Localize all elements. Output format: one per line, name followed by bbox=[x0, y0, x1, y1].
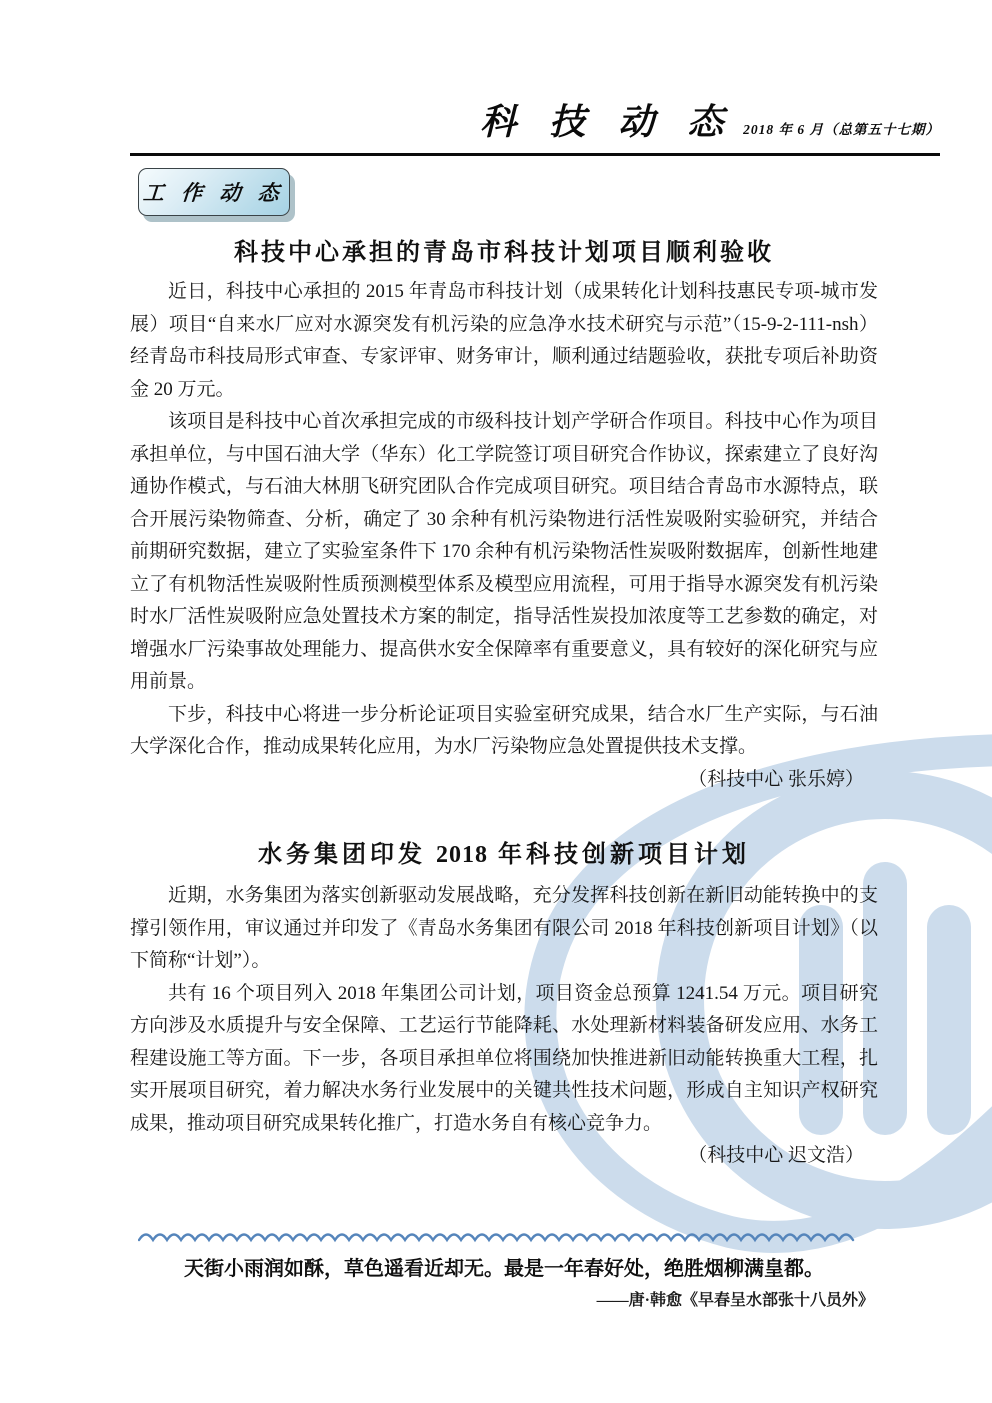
issue-info: 2018 年 6 月（总第五十七期） bbox=[743, 122, 940, 137]
wave-divider bbox=[138, 1230, 856, 1244]
wave-divider-path bbox=[139, 1235, 853, 1241]
article2-title-year: 2018 bbox=[436, 842, 488, 868]
masthead: 科 技 动 态 2018 年 6 月（总第五十七期） bbox=[130, 94, 940, 156]
article2-paragraph-1: 近期，水务集团为落实创新驱动发展战略，充分发挥科技创新在新旧动能转换中的支撑引领… bbox=[130, 880, 878, 978]
watermark-bar-right bbox=[927, 905, 971, 1135]
article2-title-post: 年科技创新项目计划 bbox=[488, 842, 750, 868]
article1-title: 科技中心承担的青岛市科技计划项目顺利验收 bbox=[130, 232, 878, 267]
article2-paragraph-2: 共有 16 个项目列入 2018 年集团公司计划，项目资金总预算 1241.54… bbox=[130, 978, 878, 1141]
poem-attribution: ——唐·韩愈《早春呈水部张十八员外》 bbox=[130, 1287, 878, 1310]
section-badge-label: 工 作 动 态 bbox=[142, 177, 286, 207]
article2-title: 水务集团印发 2018 年科技创新项目计划 bbox=[130, 834, 878, 869]
article2-title-pre: 水务集团印发 bbox=[258, 842, 436, 868]
section-badge: 工 作 动 态 bbox=[138, 168, 290, 216]
poem-line: 天街小雨润如酥，草色遥看近却无。最是一年春好处，绝胜烟柳满皇都。 bbox=[130, 1252, 878, 1281]
article2-signature: （科技中心 迟文浩） bbox=[130, 1140, 878, 1173]
article2-body: 近期，水务集团为落实创新驱动发展战略，充分发挥科技创新在新旧动能转换中的支撑引领… bbox=[130, 880, 878, 1173]
article1-signature: （科技中心 张乐婷） bbox=[130, 764, 878, 797]
article1-paragraph-3: 下步，科技中心将进一步分析论证项目实验室研究成果，结合水厂生产实际，与石油大学深… bbox=[130, 699, 878, 764]
newsletter-title: 科 技 动 态 bbox=[480, 102, 735, 142]
article1-paragraph-2: 该项目是科技中心首次承担完成的市级科技计划产学研合作项目。科技中心作为项目承担单… bbox=[130, 406, 878, 699]
document-page: 科 技 动 态 2018 年 6 月（总第五十七期） 工 作 动 态 科技中心承… bbox=[0, 0, 992, 1403]
article1-body: 近日，科技中心承担的 2015 年青岛市科技计划（成果转化计划科技惠民专项-城市… bbox=[130, 276, 878, 796]
article1-paragraph-1: 近日，科技中心承担的 2015 年青岛市科技计划（成果转化计划科技惠民专项-城市… bbox=[130, 276, 878, 406]
